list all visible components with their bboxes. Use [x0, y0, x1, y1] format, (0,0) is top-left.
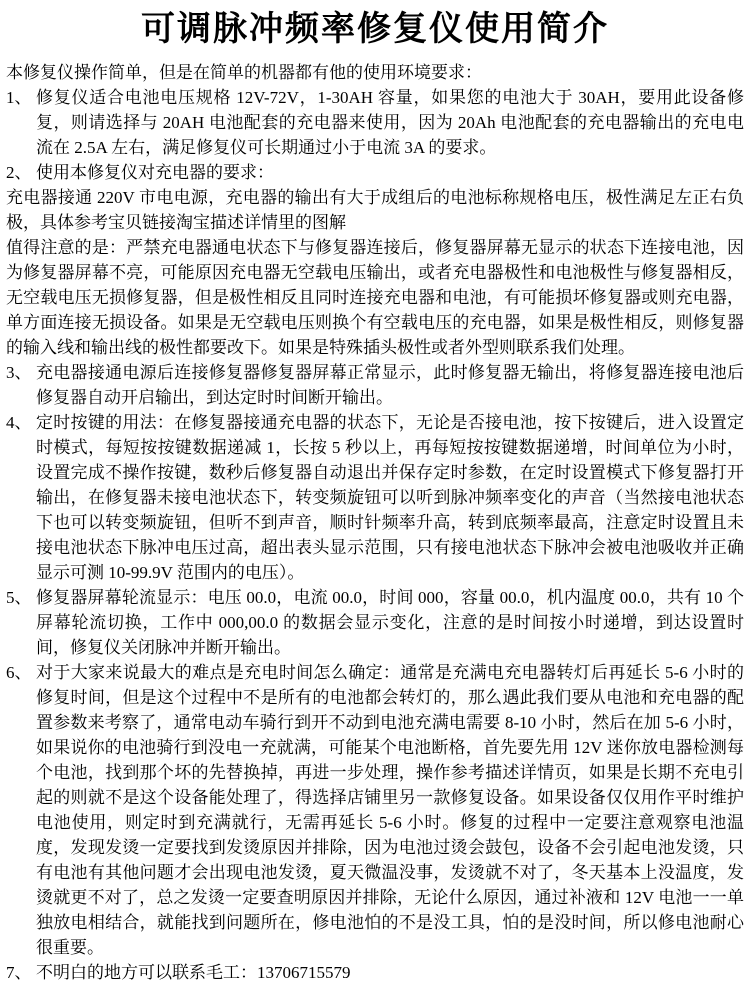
list-item-6-text: 对于大家来说最大的难点是充电时间怎么确定：通常是充满电充电器转灯后再延长 5-6… [36, 660, 744, 960]
list-item-3: 3、 充电器接通电源后连接修复器修复器屏幕正常显示，此时修复器无输出，将修复器连… [6, 360, 744, 410]
list-item-6-number: 6、 [6, 660, 36, 685]
list-item-7-number: 7、 [6, 960, 36, 985]
list-item-5-number: 5、 [6, 585, 36, 610]
list-item-7-text: 不明白的地方可以联系毛工：13706715579 [36, 960, 744, 985]
list-item-5: 5、 修复器屏幕轮流显示：电压 00.0，电流 00.0，时间 000，容量 0… [6, 585, 744, 660]
list-item-2-text: 使用本修复仪对充电器的要求： [36, 160, 744, 185]
list-item-3-text: 充电器接通电源后连接修复器修复器屏幕正常显示，此时修复器无输出，将修复器连接电池… [36, 360, 744, 410]
list-item-1-number: 1、 [6, 85, 36, 110]
list-item-2-number: 2、 [6, 160, 36, 185]
list-item-4: 4、 定时按键的用法：在修复器接通充电器的状态下，无论是否接电池，按下按键后，进… [6, 410, 744, 585]
document-page: 可调脉冲频率修复仪使用简介 本修复仪操作简单，但是在简单的机器都有他的使用环境要… [0, 0, 750, 989]
list-item-7: 7、 不明白的地方可以联系毛工：13706715579 [6, 960, 744, 985]
list-item-6: 6、 对于大家来说最大的难点是充电时间怎么确定：通常是充满电充电器转灯后再延长 … [6, 660, 744, 960]
list-item-1-text: 修复仪适合电池电压规格 12V-72V，1-30AH 容量，如果您的电池大于 3… [36, 85, 744, 160]
list-item-4-text: 定时按键的用法：在修复器接通充电器的状态下，无论是否接电池，按下按键后，进入设置… [36, 410, 744, 585]
list-item-2: 2、 使用本修复仪对充电器的要求： [6, 160, 744, 185]
document-title: 可调脉冲频率修复仪使用简介 [6, 8, 744, 52]
warning-paragraph: 值得注意的是：严禁充电器通电状态下与修复器连接后，修复器屏幕无显示的状态下连接电… [6, 235, 744, 360]
list-item-1: 1、 修复仪适合电池电压规格 12V-72V，1-30AH 容量，如果您的电池大… [6, 85, 744, 160]
charger-requirements-paragraph: 充电器接通 220V 市电电源，充电器的输出有大于成组后的电池标称规格电压，极性… [6, 185, 744, 235]
list-item-5-text: 修复器屏幕轮流显示：电压 00.0，电流 00.0，时间 000，容量 00.0… [36, 585, 744, 660]
list-item-3-number: 3、 [6, 360, 36, 385]
intro-paragraph: 本修复仪操作简单，但是在简单的机器都有他的使用环境要求： [6, 60, 744, 85]
list-item-4-number: 4、 [6, 410, 36, 435]
